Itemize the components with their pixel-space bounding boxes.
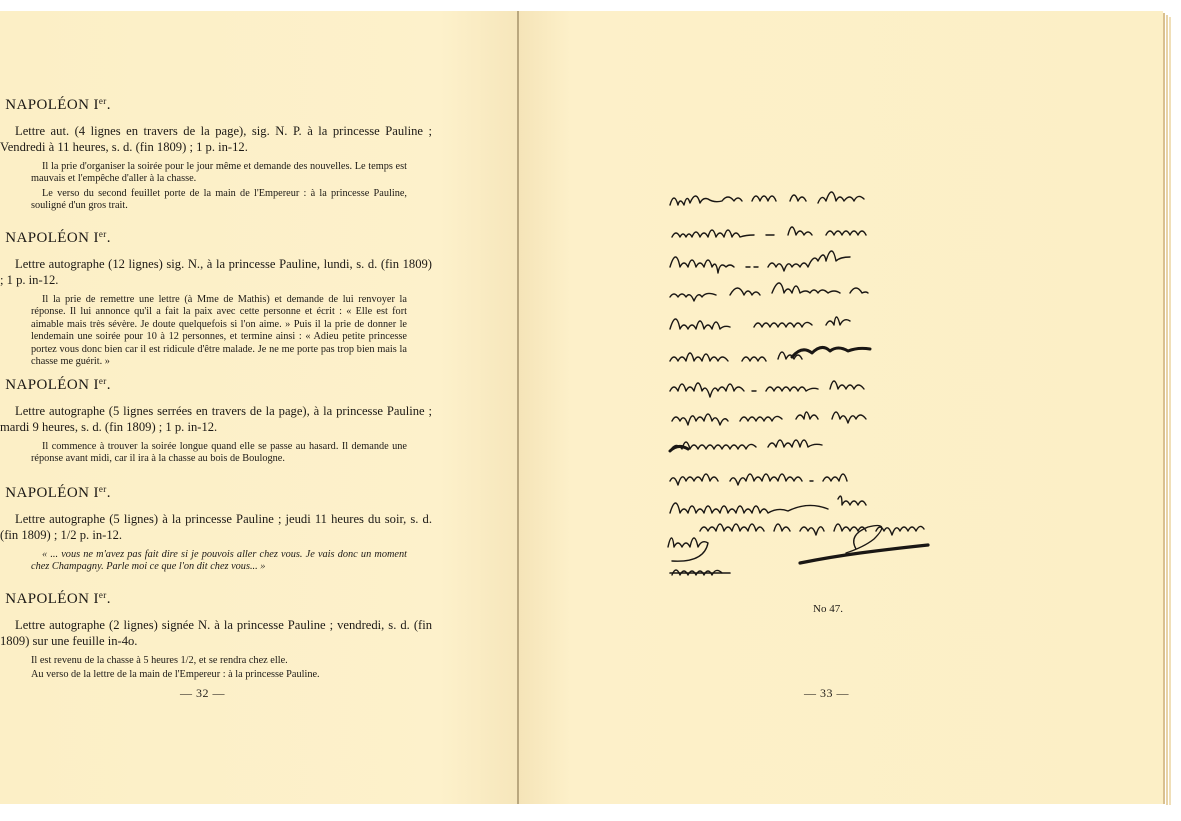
entry-notes: Il la prie d'organiser la soirée pour le… bbox=[31, 161, 407, 213]
entry-heading: . NAPOLÉON Ier. bbox=[0, 484, 440, 502]
entry-description: Lettre aut. (4 lignes en travers de la p… bbox=[0, 124, 432, 155]
page-number-left: — 32 — bbox=[180, 686, 225, 701]
catalog-entry: . NAPOLÉON Ier. Lettre autographe (5 lig… bbox=[0, 376, 440, 468]
page-edge bbox=[1169, 17, 1171, 805]
entry-note: « ... vous ne m'avez pas fait dire si je… bbox=[31, 549, 407, 574]
facsimile-caption: No 47. bbox=[813, 603, 843, 615]
page-number-right: — 33 — bbox=[804, 686, 849, 701]
entry-note: Il la prie de remettre une lettre (à Mme… bbox=[31, 294, 407, 368]
entry-description: Lettre autographe (2 lignes) signée N. à… bbox=[0, 618, 432, 649]
handwritten-letter-facsimile bbox=[660, 175, 1000, 585]
entry-description: Lettre autographe (5 lignes) à la prince… bbox=[0, 512, 432, 543]
catalog-entry: . NAPOLÉON Ier. Lettre autographe (12 li… bbox=[0, 229, 440, 370]
catalog-entry: . NAPOLÉON Ier. Lettre aut. (4 lignes en… bbox=[0, 96, 440, 215]
entry-note: Il la prie d'organiser la soirée pour le… bbox=[31, 161, 407, 186]
entry-note: Il est revenu de la chasse à 5 heures 1/… bbox=[31, 655, 407, 667]
entry-note: Au verso de la lettre de la main de l'Em… bbox=[31, 669, 407, 681]
entry-note: Le verso du second feuillet porte de la … bbox=[31, 188, 407, 213]
entry-heading: . NAPOLÉON Ier. bbox=[0, 590, 440, 608]
entry-description: Lettre autographe (12 lignes) sig. N., à… bbox=[0, 257, 432, 288]
entry-note: Il commence à trouver la soirée longue q… bbox=[31, 441, 407, 466]
page-edge bbox=[1166, 15, 1168, 805]
catalog-entry: . NAPOLÉON Ier. Lettre autographe (5 lig… bbox=[0, 484, 440, 576]
handwriting-scribble-image bbox=[660, 175, 1000, 585]
entry-notes: Il la prie de remettre une lettre (à Mme… bbox=[31, 294, 407, 368]
entry-notes: Il est revenu de la chasse à 5 heures 1/… bbox=[31, 655, 407, 682]
entry-notes: Il commence à trouver la soirée longue q… bbox=[31, 441, 407, 466]
page-edge bbox=[1163, 13, 1165, 804]
entry-notes: « ... vous ne m'avez pas fait dire si je… bbox=[31, 549, 407, 574]
entry-heading: . NAPOLÉON Ier. bbox=[0, 376, 440, 394]
entry-heading: . NAPOLÉON Ier. bbox=[0, 96, 440, 114]
entry-heading: . NAPOLÉON Ier. bbox=[0, 229, 440, 247]
book-gutter bbox=[517, 11, 519, 804]
entry-description: Lettre autographe (5 lignes serrées en t… bbox=[0, 404, 432, 435]
catalog-entry: . NAPOLÉON Ier. Lettre autographe (2 lig… bbox=[0, 590, 440, 684]
